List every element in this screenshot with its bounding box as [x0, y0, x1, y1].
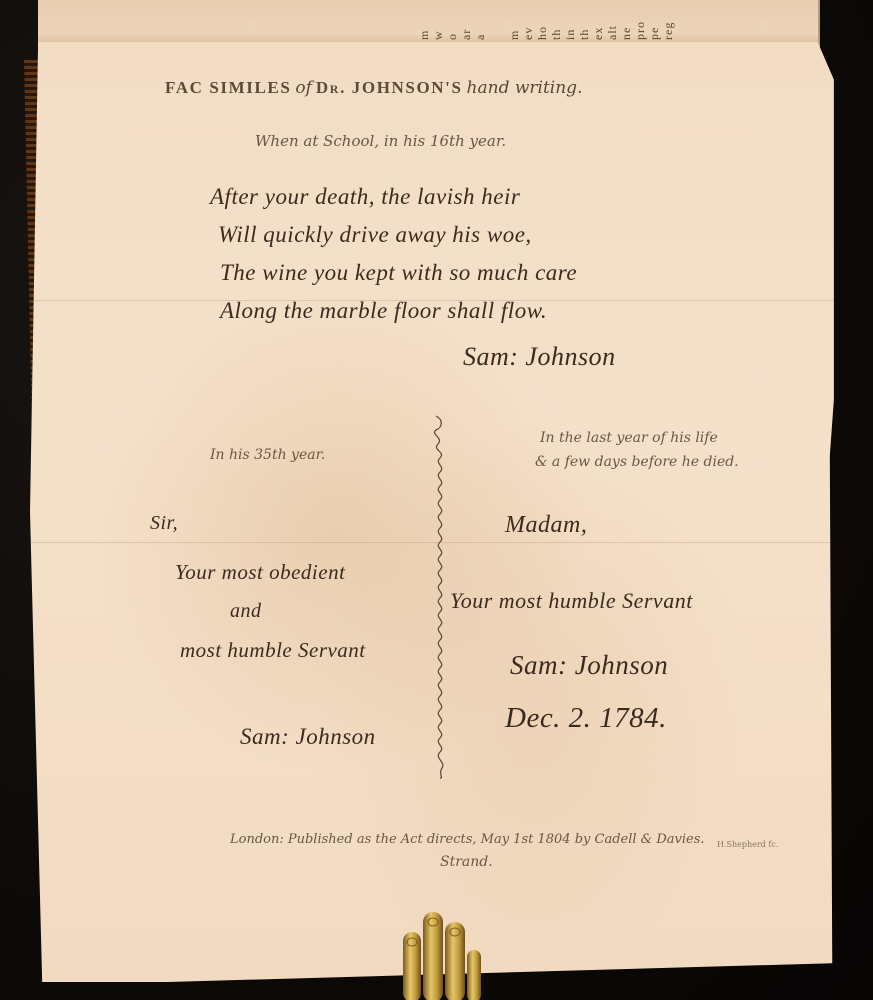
text-fragment: ex: [592, 0, 604, 40]
text-fragment: w: [432, 0, 444, 40]
publisher-imprint-strand: Strand.: [440, 854, 493, 870]
signature: Sam: Johnson: [240, 724, 376, 750]
salutation: Sir,: [150, 512, 178, 535]
text-fragment: pe: [648, 0, 660, 40]
brass-hand-clip: [395, 910, 505, 1000]
closing-line: Your most humble Servant: [450, 588, 693, 614]
poem-line: The wine you kept with so much care: [220, 260, 577, 286]
poem-line: Along the marble floor shall flow.: [220, 298, 547, 324]
closing-line: and: [230, 600, 262, 623]
date: Dec. 2. 1784.: [505, 702, 667, 735]
title-caps: Dr. JOHNSON'S: [316, 78, 463, 97]
text-fragment: ev: [522, 0, 534, 40]
signature: Sam: Johnson: [510, 650, 668, 681]
publisher-imprint: London: Published as the Act directs, Ma…: [230, 832, 705, 847]
decorative-flourish-divider: [430, 412, 450, 782]
text-fragment: ne: [620, 0, 632, 40]
text-fragment: reg: [662, 0, 674, 40]
plate-title: FAC SIMILES of Dr. JOHNSON'S hand writin…: [165, 78, 765, 98]
closing-line: most humble Servant: [180, 638, 366, 663]
caption-last-year-1: In the last year of his life: [540, 430, 718, 446]
text-fragment: a: [474, 0, 486, 40]
caption-school: When at School, in his 16th year.: [255, 132, 506, 150]
title-caps: FAC SIMILES: [165, 78, 291, 97]
poem-line: Will quickly drive away his woe,: [218, 222, 532, 248]
caption-last-year-2: & a few days before he died.: [535, 454, 739, 470]
text-fragment: th: [550, 0, 562, 40]
facsimile-plate: FAC SIMILES of Dr. JOHNSON'S hand writin…: [30, 42, 842, 982]
text-fragment: alt: [606, 0, 618, 40]
text-fragment: m: [418, 0, 430, 40]
text-fragment: in: [564, 0, 576, 40]
engraver-credit: H.Shepherd fc.: [717, 840, 778, 849]
text-fragment: m: [508, 0, 520, 40]
title-script: hand writing.: [467, 78, 583, 98]
text-fragment: ar: [460, 0, 472, 40]
underlying-book-page: m w o ar a m ev ho th in th ex alt ne pr…: [38, 0, 820, 48]
closing-line: Your most obedient: [175, 560, 345, 585]
text-fragment: pro: [634, 0, 646, 40]
underlying-page-text: m w o ar a m ev ho th in th ex alt ne pr…: [418, 0, 674, 40]
signature: Sam: Johnson: [463, 342, 616, 372]
title-script: of: [295, 78, 312, 98]
salutation: Madam,: [505, 512, 587, 539]
text-fragment: th: [578, 0, 590, 40]
text-fragment: ho: [536, 0, 548, 40]
caption-35th-year: In his 35th year.: [210, 447, 325, 463]
poem-line: After your death, the lavish heir: [210, 184, 520, 210]
text-fragment: o: [446, 0, 458, 40]
